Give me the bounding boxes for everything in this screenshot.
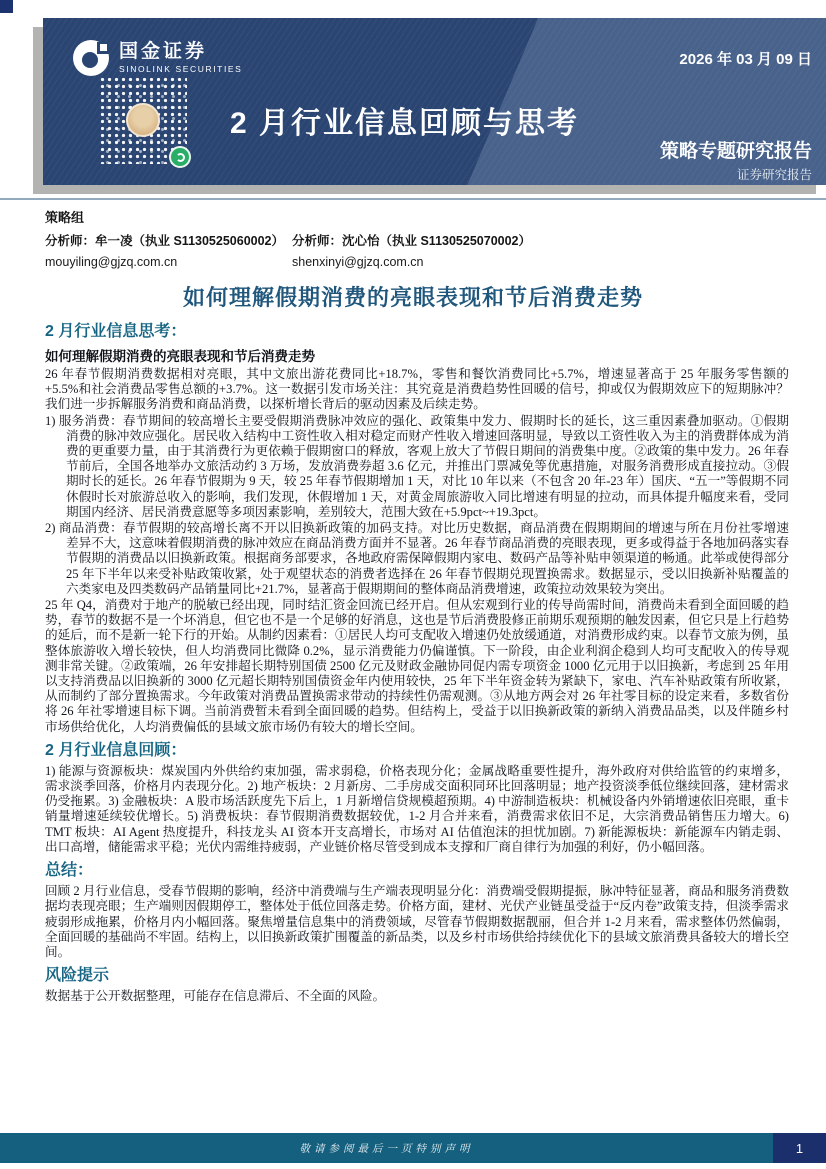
company-name-en: SINOLINK SECURITIES [119,64,242,74]
footer-disclaimer: 敬请参阅最后一页特别声明 [300,1141,474,1156]
analyst-2-name: 分析师：沈心怡（执业 S1130525070002） [292,231,531,249]
wechat-icon [169,146,191,168]
analyst-group-label: 策略组 [45,207,786,226]
section-header-think: 2 月行业信息思考： [45,322,789,342]
analyst-1-email: mouyiling@gjzq.com.cn [45,255,292,269]
report-date: 2026 年 03 月 09 日 [679,48,812,69]
analyst-1: 分析师：牟一凌（执业 S1130525060002） mouyiling@gjz… [45,231,292,269]
section-header-summary: 总结： [45,861,789,881]
article-body: 2 月行业信息思考： 如何理解假期消费的亮眼表现和节后消费走势 26 年春节假期… [45,322,789,1005]
review-paragraph: 1) 能源与资源板块：煤炭国内外供给约束加强，需求弱稳，价格表现分化；金属战略重… [45,764,789,855]
header-divider [0,198,826,200]
summary-paragraph: 回顾 2 月行业信息，受春节假期的影响，经济中消费端与生产端表现明显分化：消费端… [45,884,789,960]
analyst-block: 策略组 分析师：牟一凌（执业 S1130525060002） mouyiling… [45,207,786,269]
report-category: 证券研究报告 [737,165,812,183]
think-item-service-consumption: 1) 服务消费：春节期间的较高增长主要受假期消费脉冲效应的强化、政策集中发力、假… [45,414,789,520]
report-page: 国金证券 SINOLINK SECURITIES 2026 年 03 月 09 … [0,0,826,1169]
report-banner: 国金证券 SINOLINK SECURITIES 2026 年 03 月 09 … [43,18,826,185]
article-title: 如何理解假期消费的亮眼表现和节后消费走势 [0,281,826,312]
qr-center-badge [126,103,160,137]
company-name-cn: 国金证券 [119,42,242,63]
corner-decoration [0,0,13,13]
analyst-1-name: 分析师：牟一凌（执业 S1130525060002） [45,231,292,249]
think-subhead: 如何理解假期消费的亮眼表现和节后消费走势 [45,345,789,365]
analyst-2: 分析师：沈心怡（执业 S1130525070002） shenxinyi@gjz… [292,231,531,269]
risk-paragraph: 数据基于公开数据整理，可能存在信息滞后、不全面的风险。 [45,989,789,1004]
report-type: 策略专题研究报告 [660,136,812,163]
sinolink-logo-icon [73,40,109,76]
report-title: 2 月行业信息回顾与思考 [163,98,646,142]
section-header-risk: 风险提示 [45,966,789,986]
think-outlook-paragraph: 25 年 Q4，消费对于地产的脱敏已经出现，同时结汇资金回流已经开启。但从宏观到… [45,598,789,735]
section-header-review: 2 月行业信息回顾： [45,741,789,761]
company-logo: 国金证券 SINOLINK SECURITIES [73,40,242,76]
footer-disclaimer-bar: 敬请参阅最后一页特别声明 [0,1133,773,1163]
think-item-goods-consumption: 2) 商品消费：春节假期的较高增长离不开以旧换新政策的加码支持。对比历史数据，商… [45,521,789,597]
analyst-2-email: shenxinyi@gjzq.com.cn [292,255,531,269]
qr-code [99,76,187,164]
page-number: 1 [773,1133,826,1163]
think-intro-paragraph: 26 年春节假期消费数据相对亮眼，其中文旅出游花费同比+18.7%，零售和餐饮消… [45,367,789,413]
